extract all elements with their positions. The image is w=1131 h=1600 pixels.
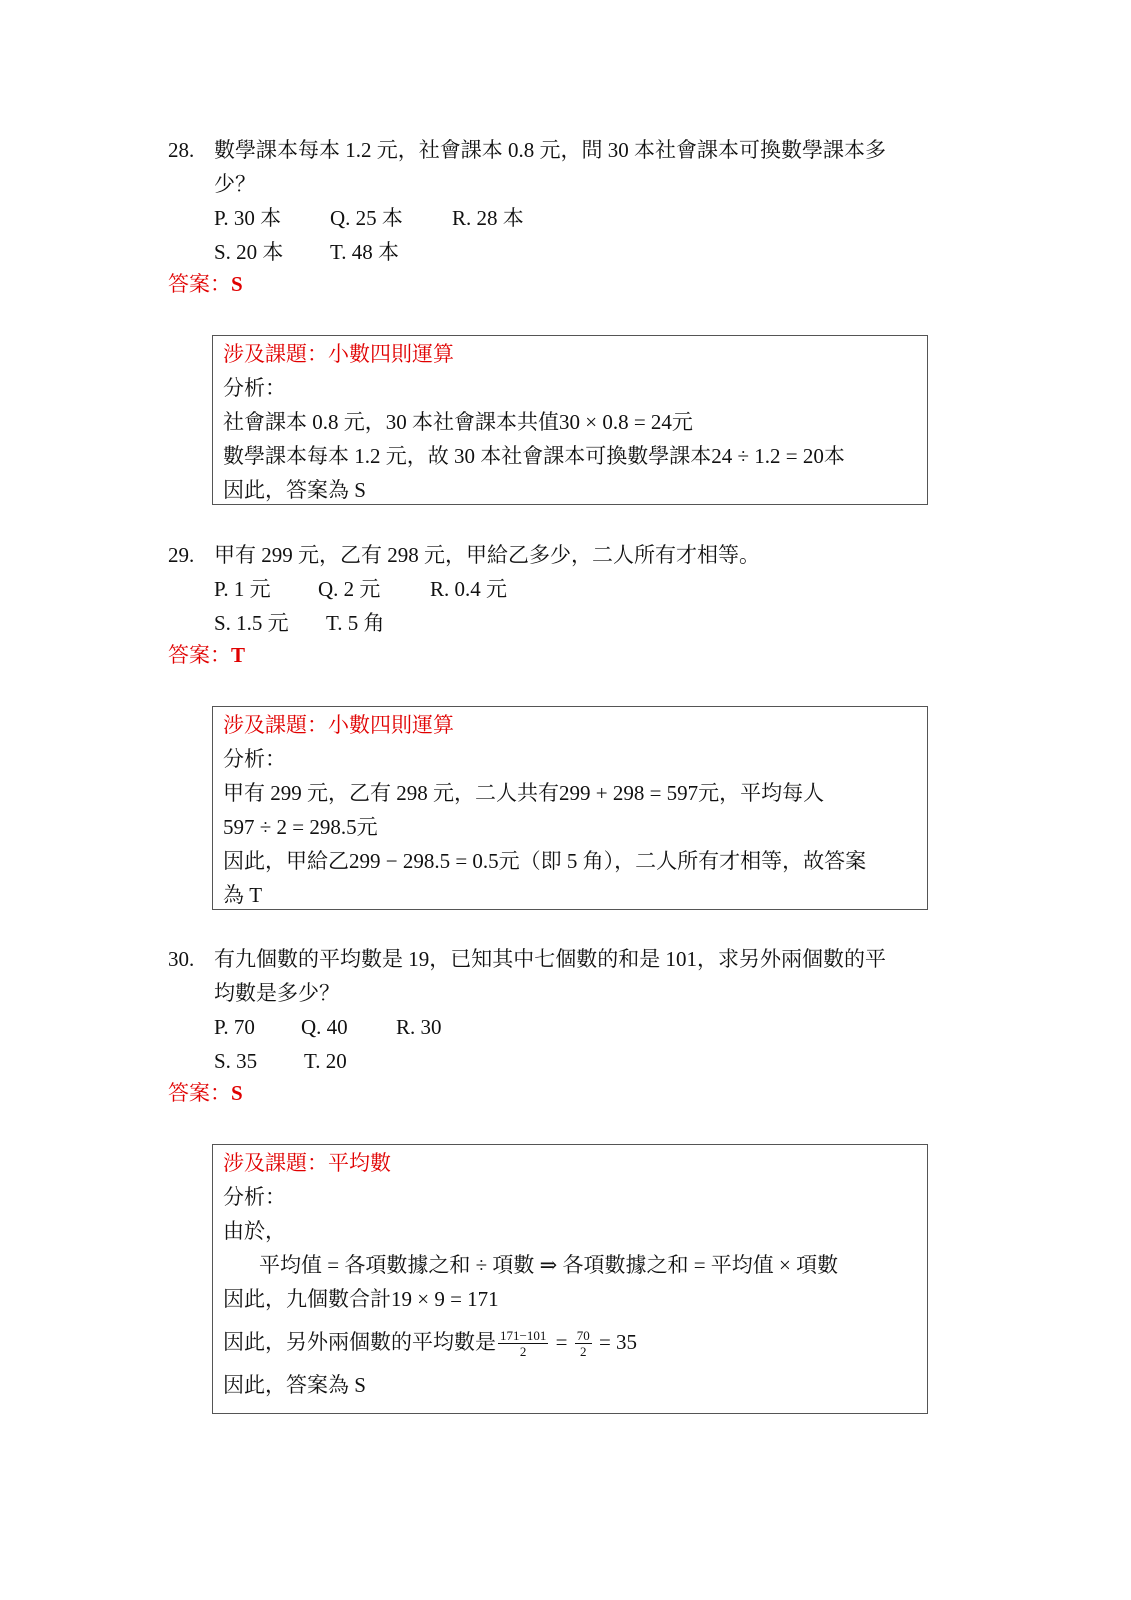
analysis-line: 因此，答案為 S (223, 473, 917, 507)
options-row: P. 30 本Q. 25 本R. 28 本 (168, 201, 948, 235)
question-number: 30. (168, 942, 214, 976)
option-p: P. 30 本 (214, 201, 330, 235)
answer-label: 答案： (168, 272, 231, 296)
analysis-box-29: 涉及課題：小數四則運算 分析： 甲有 299 元，乙有 298 元，二人共有29… (212, 706, 928, 910)
fraction: 702 (575, 1329, 592, 1359)
answer-label: 答案： (168, 1081, 231, 1105)
option-t: T. 20 (304, 1044, 347, 1078)
answer-letter: S (231, 1081, 243, 1105)
topic-heading: 涉及課題：小數四則運算 (223, 708, 917, 742)
question-text: 甲有 299 元，乙有 298 元，甲給乙多少，二人所有才相等。 (214, 543, 760, 567)
option-q: Q. 25 本 (330, 201, 452, 235)
analysis-line: 因此，答案為 S (223, 1368, 917, 1402)
answer-30: 答案：S (168, 1076, 243, 1110)
analysis-line: 因此，甲給乙299 − 298.5 = 0.5元（即 5 角），二人所有才相等，… (223, 844, 917, 878)
denominator: 2 (498, 1344, 548, 1359)
option-t: T. 5 角 (326, 606, 385, 640)
analysis-line: 由於， (223, 1214, 917, 1248)
option-q: Q. 40 (301, 1010, 396, 1044)
analysis-line: 為 T (223, 878, 917, 912)
answer-label: 答案： (168, 643, 231, 667)
fraction: 171−1012 (498, 1329, 548, 1359)
option-s: S. 35 (214, 1044, 304, 1078)
question-text: 有九個數的平均數是 19，已知其中七個數的和是 101，求另外兩個數的平 (214, 947, 886, 971)
answer-letter: T (231, 643, 245, 667)
analysis-line: 數學課本每本 1.2 元，故 30 本社會課本可換數學課本24 ÷ 1.2 = … (223, 439, 917, 473)
option-r: R. 0.4 元 (430, 572, 507, 606)
analysis-box-30: 涉及課題：平均數 分析： 由於， 平均值 = 各項數據之和 ÷ 項數 ⇒ 各項數… (212, 1144, 928, 1414)
option-r: R. 28 本 (452, 201, 524, 235)
result: = 35 (599, 1330, 637, 1354)
question-30: 30.有九個數的平均數是 19，已知其中七個數的和是 101，求另外兩個數的平 … (168, 942, 948, 1078)
options-row: S. 1.5 元T. 5 角 (168, 606, 948, 640)
analysis-line: 甲有 299 元，乙有 298 元，二人共有299 + 298 = 597元，平… (223, 776, 917, 810)
analysis-box-28: 涉及課題：小數四則運算 分析： 社會課本 0.8 元，30 本社會課本共值30 … (212, 335, 928, 505)
options-row: P. 70Q. 40R. 30 (168, 1010, 948, 1044)
option-p: P. 70 (214, 1010, 301, 1044)
topic-heading: 涉及課題：平均數 (223, 1146, 917, 1180)
analysis-header: 分析： (223, 742, 917, 776)
option-p: P. 1 元 (214, 572, 318, 606)
denominator: 2 (575, 1344, 592, 1359)
options-row: S. 20 本T. 48 本 (168, 235, 948, 269)
equals: = (556, 1330, 568, 1354)
analysis-header: 分析： (223, 1180, 917, 1214)
options-row: P. 1 元Q. 2 元R. 0.4 元 (168, 572, 948, 606)
analysis-line: 社會課本 0.8 元，30 本社會課本共值30 × 0.8 = 24元 (223, 405, 917, 439)
question-29: 29.甲有 299 元，乙有 298 元，甲給乙多少，二人所有才相等。 P. 1… (168, 538, 948, 640)
fraction-line: 因此，另外兩個數的平均數是171−1012 = 702 = 35 (223, 1316, 917, 1368)
formula-line: 平均值 = 各項數據之和 ÷ 項數 ⇒ 各項數據之和 = 平均值 × 項數 (223, 1248, 917, 1282)
question-number: 28. (168, 133, 214, 167)
option-r: R. 30 (396, 1010, 442, 1044)
question-28: 28.數學課本每本 1.2 元，社會課本 0.8 元，問 30 本社會課本可換數… (168, 133, 948, 269)
question-text: 數學課本每本 1.2 元，社會課本 0.8 元，問 30 本社會課本可換數學課本… (214, 138, 886, 162)
numerator: 70 (575, 1329, 592, 1344)
answer-letter: S (231, 272, 243, 296)
option-s: S. 20 本 (214, 235, 330, 269)
numerator: 171−101 (498, 1329, 548, 1344)
option-s: S. 1.5 元 (214, 606, 326, 640)
question-number: 29. (168, 538, 214, 572)
options-row: S. 35T. 20 (168, 1044, 948, 1078)
question-text-cont: 均數是多少？ (168, 976, 948, 1010)
option-q: Q. 2 元 (318, 572, 430, 606)
analysis-line: 597 ÷ 2 = 298.5元 (223, 810, 917, 844)
analysis-line: 因此，九個數合計19 × 9 = 171 (223, 1282, 917, 1316)
analysis-header: 分析： (223, 371, 917, 405)
answer-29: 答案：T (168, 638, 245, 672)
analysis-text: 因此，另外兩個數的平均數是 (223, 1330, 496, 1354)
topic-heading: 涉及課題：小數四則運算 (223, 337, 917, 371)
option-t: T. 48 本 (330, 235, 399, 269)
answer-28: 答案：S (168, 267, 243, 301)
question-text-cont: 少？ (168, 167, 948, 201)
